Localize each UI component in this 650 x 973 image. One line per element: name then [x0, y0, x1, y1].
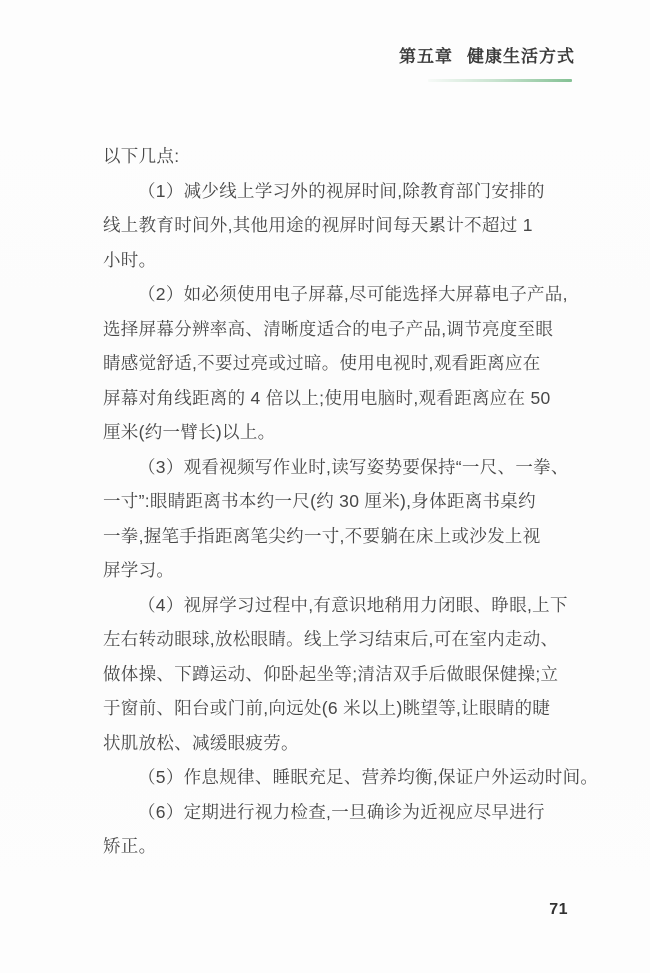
text-line: 屏幕对角线距离的 4 倍以上;使用电脑时,观看距离应在 50	[103, 381, 573, 416]
text-line: （1）减少线上学习外的视屏时间,除教育部门安排的	[103, 174, 573, 209]
text-line: 以下几点:	[103, 139, 573, 174]
text-line: 睛感觉舒适,不要过亮或过暗。使用电视时,观看距离应在	[103, 346, 573, 381]
text-line: 屏学习。	[103, 553, 573, 588]
text-line: （2）如必须使用电子屏幕,尽可能选择大屏幕电子产品,	[103, 277, 573, 312]
text-line: 厘米(约一臂长)以上。	[103, 415, 573, 450]
header-divider	[428, 79, 572, 82]
text-line: 小时。	[103, 243, 573, 278]
chapter-number: 第五章	[399, 47, 453, 66]
text-line: 选择屏幕分辨率高、清晰度适合的电子产品,调节亮度至眼	[103, 312, 573, 347]
body-text: 以下几点:（1）减少线上学习外的视屏时间,除教育部门安排的线上教育时间外,其他用…	[103, 139, 573, 864]
page-header: 第五章健康生活方式	[399, 42, 575, 82]
text-line: 一寸”:眼睛距离书本约一尺(约 30 厘米),身体距离书桌约	[103, 484, 573, 519]
text-line: （4）视屏学习过程中,有意识地稍用力闭眼、睁眼,上下	[103, 588, 573, 623]
text-line: （3）观看视频写作业时,读写姿势要保持“一尺、一拳、	[103, 450, 573, 485]
text-line: 左右转动眼球,放松眼睛。线上学习结束后,可在室内走动、	[103, 622, 573, 657]
text-line: 线上教育时间外,其他用途的视屏时间每天累计不超过 1	[103, 208, 573, 243]
text-line: 状肌放松、减缓眼疲劳。	[103, 726, 573, 761]
text-line: 做体操、下蹲运动、仰卧起坐等;清洁双手后做眼保健操;立	[103, 657, 573, 692]
chapter-heading: 第五章健康生活方式	[399, 42, 575, 67]
page-number: 71	[549, 901, 568, 919]
text-line: 于窗前、阳台或门前,向远处(6 米以上)眺望等,让眼睛的睫	[103, 691, 573, 726]
text-line: （5）作息规律、睡眠充足、营养均衡,保证户外运动时间。	[103, 760, 573, 795]
text-line: 矫正。	[103, 829, 573, 864]
text-line: 一拳,握笔手指距离笔尖约一寸,不要躺在床上或沙发上视	[103, 519, 573, 554]
chapter-title: 健康生活方式	[467, 47, 575, 66]
text-line: （6）定期进行视力检查,一旦确诊为近视应尽早进行	[103, 795, 573, 830]
book-page: 第五章健康生活方式 以下几点:（1）减少线上学习外的视屏时间,除教育部门安排的线…	[0, 0, 650, 973]
